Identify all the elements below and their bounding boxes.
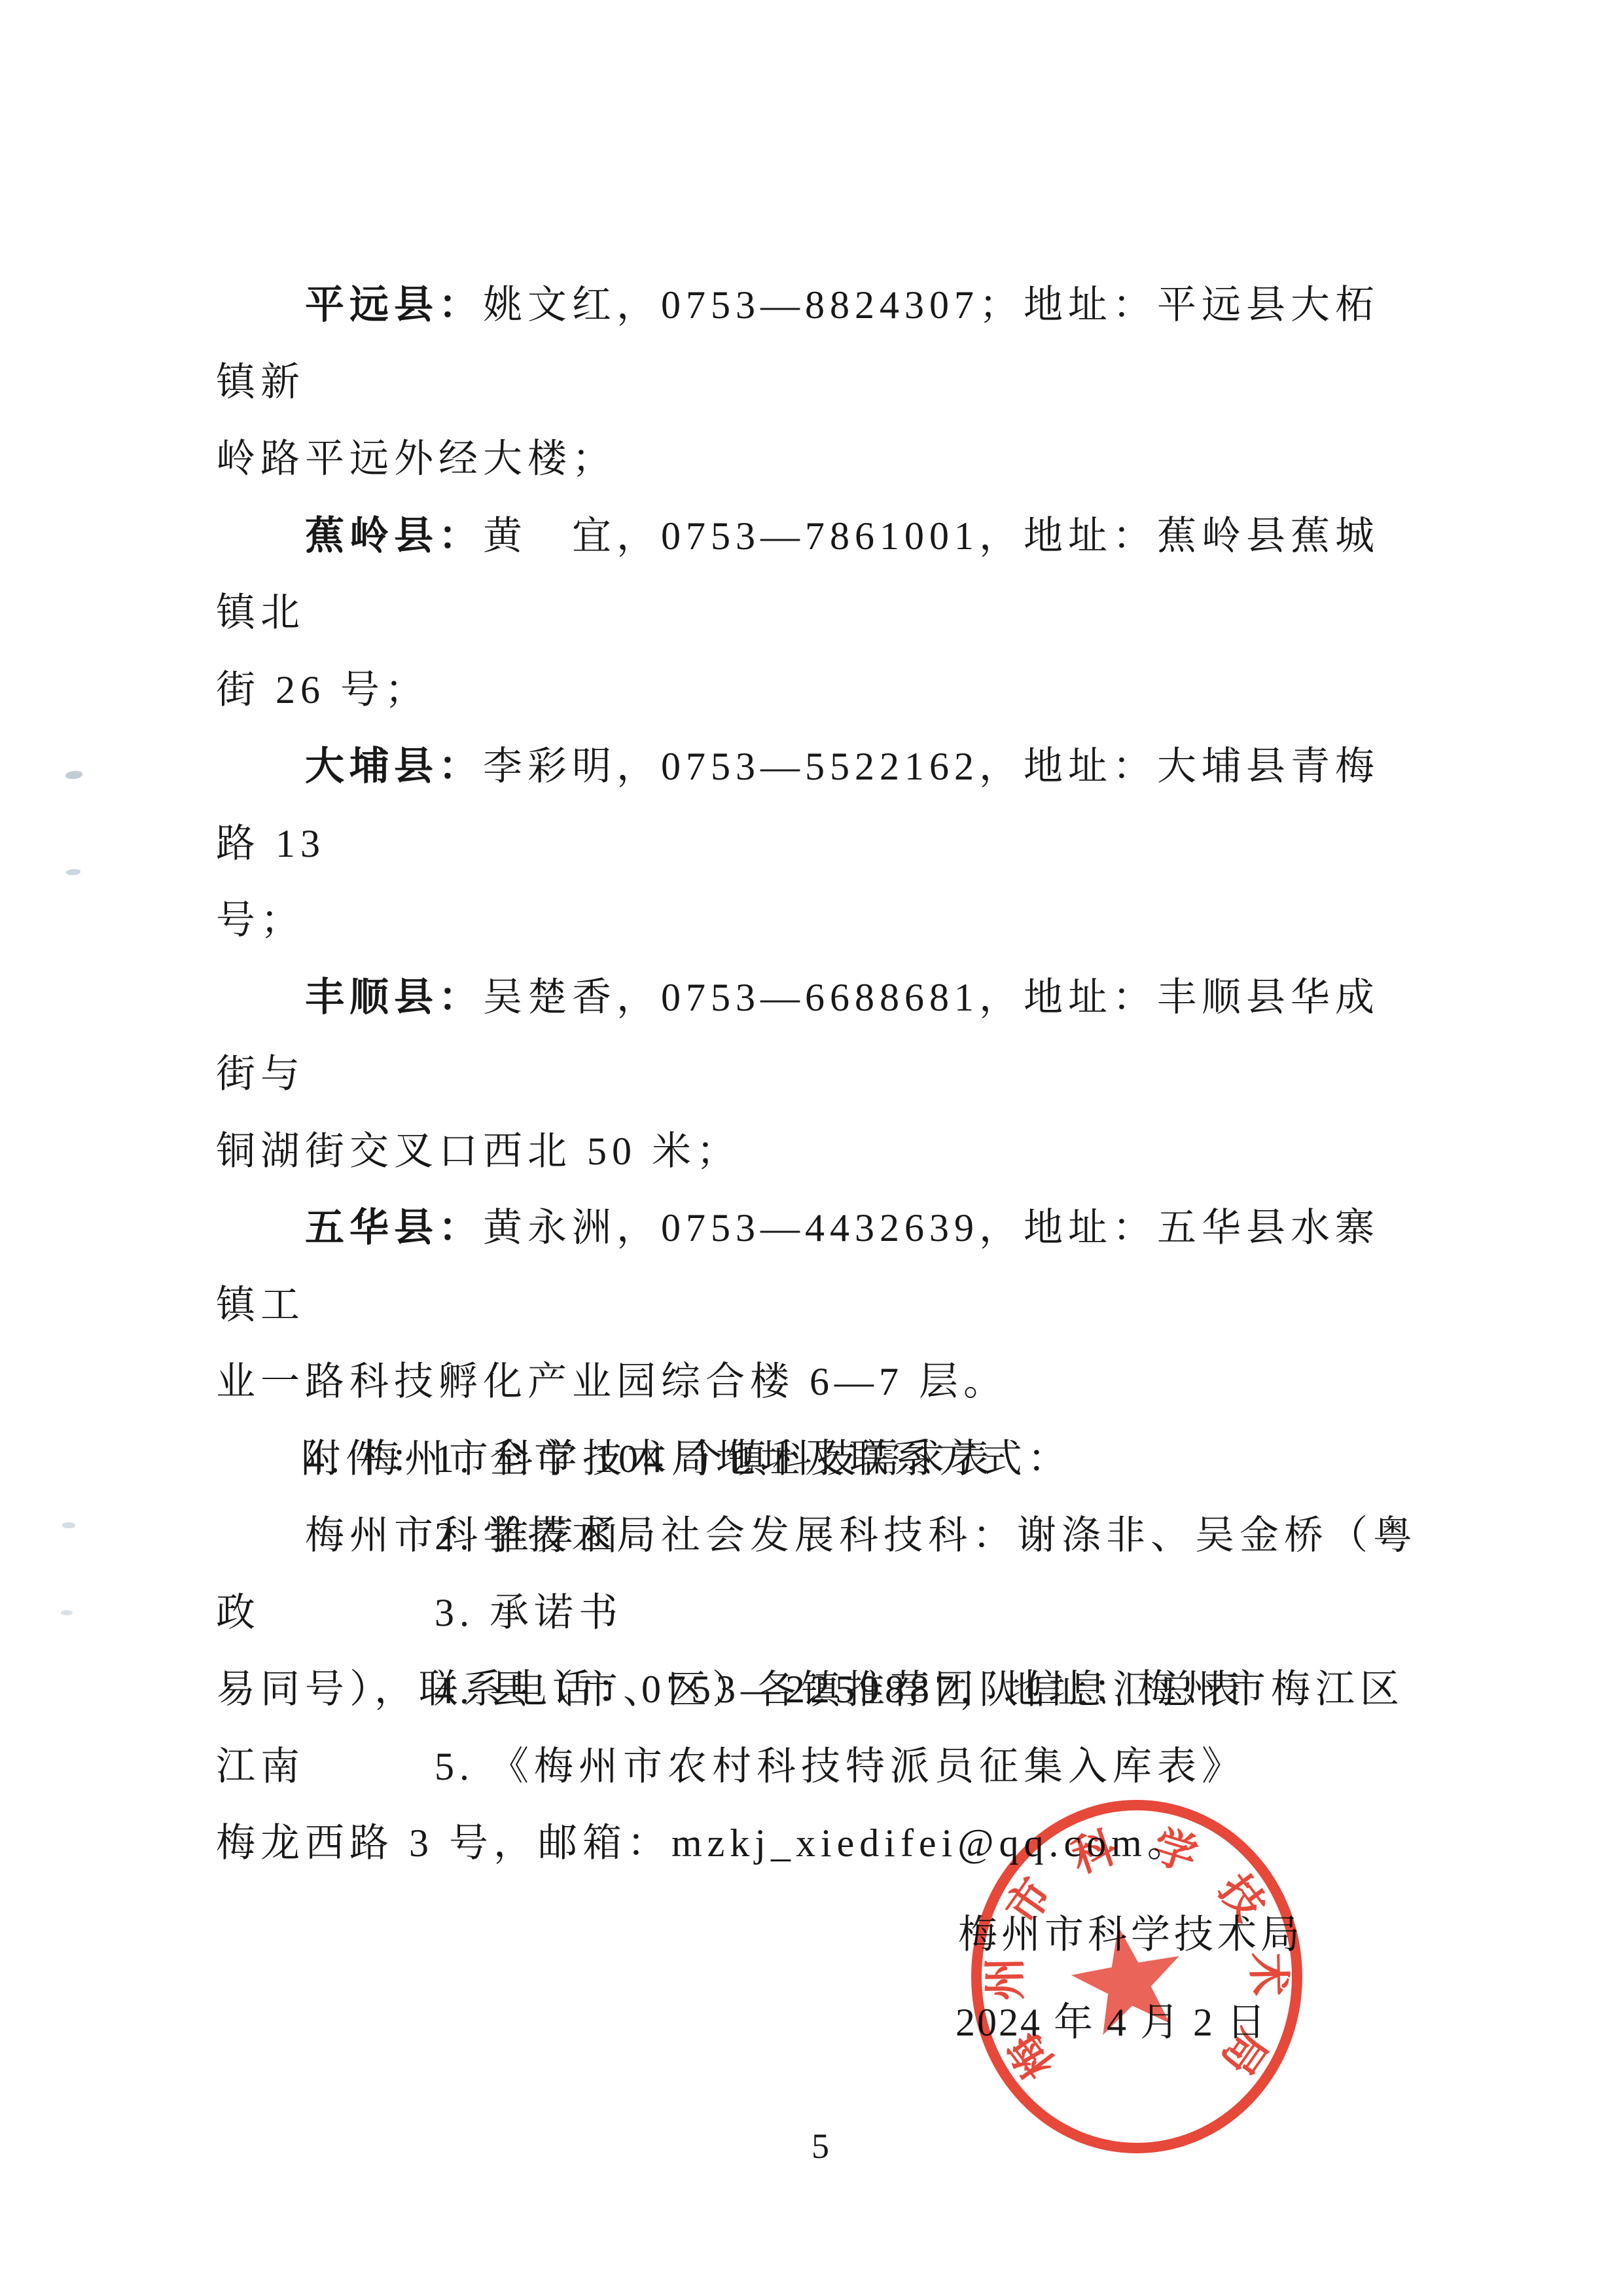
seal-char: 学 [1147,1822,1202,1880]
attachment-text: 3. 承诺书 [435,1591,623,1634]
county-label: 丰顺县： [305,976,483,1019]
seal-star-icon [1071,1926,1179,2035]
county-label: 大埔县： [305,745,483,788]
attachment-text: 1. 全市 104 个镇科技需求表 [435,1437,995,1480]
paragraph-dabu: 大埔县：李彩明，0753—5522162，地址：大埔县青梅路 13 号； [216,728,1420,960]
official-seal: 梅 州 市 科 学 技 术 局 [950,1784,1323,2173]
county-label: 五华县： [305,1206,483,1249]
scan-smudge [62,1522,75,1528]
county-label: 平远县： [305,283,483,327]
scan-smudge [66,869,81,876]
attachments-list: 附件：1. 全市 104 个镇科技需求表 2. 推荐函 3. 承诺书 4. 县（… [216,1421,1492,1806]
paragraph-fengshun: 丰顺县：吴楚香，0753—6688681，地址：丰顺县华成街与 铜湖街交叉口西北… [216,960,1420,1191]
scan-smudge [65,770,82,780]
paragraph-wuhua: 五华县：黄永洲，0753—4432639，地址：五华县水寨镇工 业一路科技孵化产… [216,1190,1420,1421]
county-label: 蕉岭县： [305,514,483,558]
paragraph-pingyuan: 平远县：姚文红，0753—8824307；地址：平远县大柘镇新 岭路平远外经大楼… [216,267,1420,498]
attachment-item-4: 4. 县（市、区）各镇推荐团队信息汇总表 [216,1652,1492,1729]
page-number: 5 [811,2126,829,2166]
seal-char: 术 [1243,1952,1292,1996]
attachment-item-1: 附件：1. 全市 104 个镇科技需求表 [216,1421,1492,1498]
seal-char: 州 [982,1957,1030,2001]
attachments-label: 附件： [301,1437,435,1480]
scan-smudge [61,1610,73,1615]
attachment-item-2: 2. 推荐函 [216,1498,1492,1575]
paragraph-jiaoling: 蕉岭县：黄 宜，0753—7861001，地址：蕉岭县蕉城镇北 街 26 号； [216,498,1420,729]
seal-char: 科 [1066,1823,1122,1883]
attachment-text: 2. 推荐函 [435,1515,623,1558]
attachment-text: 5. 《梅州市农村科技特派员征集入库表》 [435,1745,1246,1788]
attachment-item-3: 3. 承诺书 [216,1575,1492,1652]
attachment-text: 4. 县（市、区）各镇推荐团队信息汇总表 [435,1668,1246,1712]
document-page: 平远县：姚文红，0753—8824307；地址：平远县大柘镇新 岭路平远外经大楼… [0,0,1623,2296]
